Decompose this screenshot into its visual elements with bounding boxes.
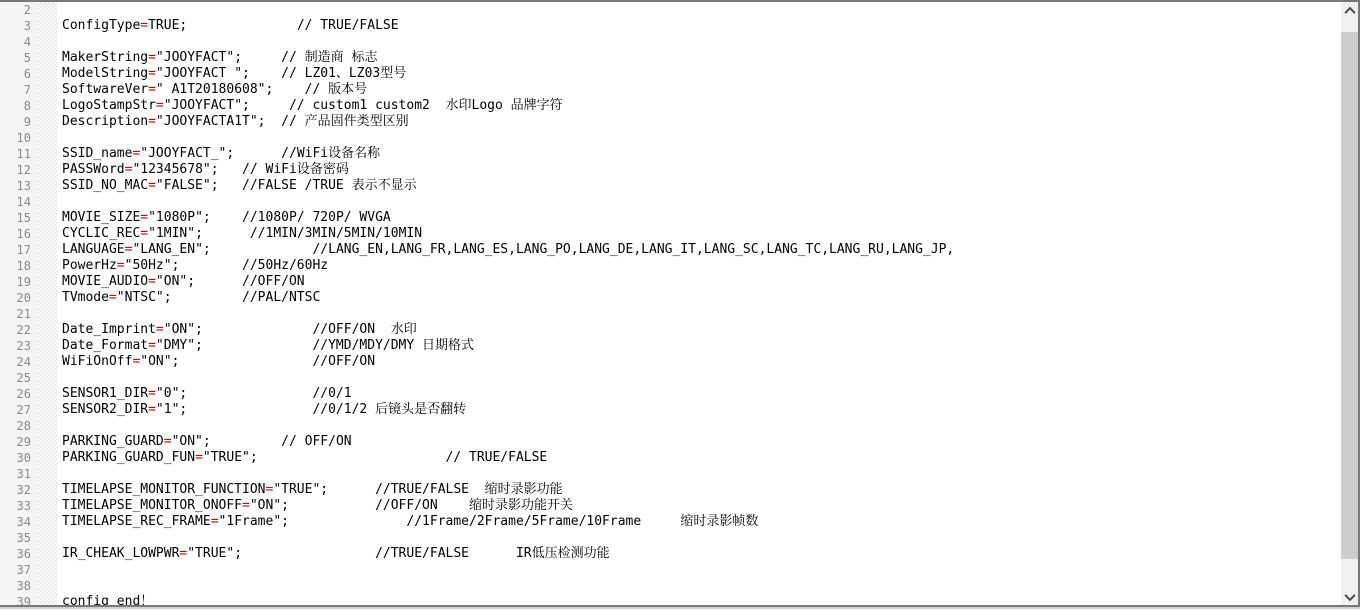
code-line <box>62 306 1341 322</box>
code-line: SENSOR1_DIR="0"; //0/1 <box>62 386 1341 402</box>
code-line: TIMELAPSE_MONITOR_ONOFF="ON"; //OFF/ON 缩… <box>62 498 1341 514</box>
code-line <box>62 34 1341 50</box>
line-number: 39 <box>0 594 31 605</box>
code-text: TIMELAPSE_MONITOR_FUNCTION <box>62 482 266 497</box>
code-text: IR_CHEAK_LOWPWR <box>62 546 179 561</box>
line-number: 18 <box>0 258 31 274</box>
code-text: "JOOYFACT"; // custom1 custom2 水印Logo 品牌… <box>164 98 563 113</box>
line-number: 3 <box>0 18 31 34</box>
code-text: "1"; //0/1/2 后镜头是否翻转 <box>156 402 466 417</box>
code-text: "ON"; //OFF/ON <box>140 354 375 369</box>
code-text: PARKING_GUARD <box>62 434 164 449</box>
operator-token: = <box>242 498 250 513</box>
code-line: TIMELAPSE_REC_FRAME="1Frame"; //1Frame/2… <box>62 514 1341 530</box>
code-text: PARKING_GUARD_FUN <box>62 450 195 465</box>
code-line <box>62 578 1341 594</box>
code-text: MOVIE_SIZE <box>62 210 140 225</box>
code-line: SENSOR2_DIR="1"; //0/1/2 后镜头是否翻转 <box>62 402 1341 418</box>
line-number: 12 <box>0 162 31 178</box>
line-number: 33 <box>0 498 31 514</box>
code-line <box>62 370 1341 386</box>
code-text: "DMY"; //YMD/MDY/DMY 日期格式 <box>156 338 474 353</box>
code-line <box>62 194 1341 210</box>
operator-token: = <box>148 82 156 97</box>
code-text: Date_Format <box>62 338 148 353</box>
code-text: "TRUE"; // TRUE/FALSE <box>203 450 547 465</box>
line-number: 15 <box>0 210 31 226</box>
line-number: 17 <box>0 242 31 258</box>
line-number: 4 <box>0 34 31 50</box>
code-line: ModelString="JOOYFACT "; // LZ01、LZ03型号 <box>62 66 1341 82</box>
code-line <box>62 418 1341 434</box>
operator-token: = <box>109 290 117 305</box>
code-text: ModelString <box>62 66 148 81</box>
line-number: 8 <box>0 98 31 114</box>
code-line: IR_CHEAK_LOWPWR="TRUE"; //TRUE/FALSE IR低… <box>62 546 1341 562</box>
code-text: "1080P"; //1080P/ 720P/ WVGA <box>148 210 391 225</box>
line-number: 10 <box>0 130 31 146</box>
code-line <box>62 562 1341 578</box>
code-line: WiFiOnOff="ON"; //OFF/ON <box>62 354 1341 370</box>
operator-token: = <box>140 226 148 241</box>
code-text: "ON"; // OFF/ON <box>172 434 352 449</box>
code-line: SSID_NO_MAC="FALSE"; //FALSE /TRUE 表示不显示 <box>62 178 1341 194</box>
line-number: 37 <box>0 562 31 578</box>
code-line: PARKING_GUARD_FUN="TRUE"; // TRUE/FALSE <box>62 450 1341 466</box>
code-line <box>62 2 1341 18</box>
line-number: 35 <box>0 530 31 546</box>
code-text: SSID_NO_MAC <box>62 178 148 193</box>
operator-token: = <box>140 18 148 33</box>
code-line: PowerHz="50Hz"; //50Hz/60Hz <box>62 258 1341 274</box>
line-number: 11 <box>0 146 31 162</box>
code-line: LogoStampStr="JOOYFACT"; // custom1 cust… <box>62 98 1341 114</box>
line-number: 20 <box>0 290 31 306</box>
code-line <box>62 466 1341 482</box>
code-line: PARKING_GUARD="ON"; // OFF/ON <box>62 434 1341 450</box>
code-text: Date_Imprint <box>62 322 156 337</box>
operator-token: = <box>211 514 219 529</box>
code-line: ConfigType=TRUE; // TRUE/FALSE <box>62 18 1341 34</box>
code-line: CYCLIC_REC="1MIN"; //1MIN/3MIN/5MIN/10MI… <box>62 226 1341 242</box>
line-number: 23 <box>0 338 31 354</box>
code-text: SENSOR2_DIR <box>62 402 148 417</box>
code-line: TVmode="NTSC"; //PAL/NTSC <box>62 290 1341 306</box>
code-text: SSID_name <box>62 146 132 161</box>
code-line: MOVIE_SIZE="1080P"; //1080P/ 720P/ WVGA <box>62 210 1341 226</box>
code-text: "1Frame"; //1Frame/2Frame/5Frame/10Frame… <box>219 514 759 529</box>
code-text: "JOOYFACT"; // 制造商 标志 <box>156 50 378 65</box>
code-text: ConfigType <box>62 18 140 33</box>
code-text: "ON"; //OFF/ON 水印 <box>164 322 417 337</box>
operator-token: = <box>148 402 156 417</box>
code-text: PowerHz <box>62 258 117 273</box>
code-text: LANGUAGE <box>62 242 125 257</box>
code-text: "TRUE"; //TRUE/FALSE 缩时录影功能 <box>273 482 562 497</box>
window-right-border <box>1358 0 1360 607</box>
line-number: 26 <box>0 386 31 402</box>
line-number: 14 <box>0 194 31 210</box>
line-number: 27 <box>0 402 31 418</box>
code-text: "LANG_EN"; //LANG_EN,LANG_FR,LANG_ES,LAN… <box>132 242 954 257</box>
code-text: "FALSE"; //FALSE /TRUE 表示不显示 <box>156 178 417 193</box>
operator-token: = <box>156 98 164 113</box>
code-text: Description <box>62 114 148 129</box>
operator-token: = <box>148 386 156 401</box>
config-editor-viewport[interactable]: 2345678910111213141516171819202122232425… <box>0 2 1341 605</box>
code-text: PASSWord <box>62 162 125 177</box>
code-line: config end！ <box>62 594 1341 605</box>
code-text: TVmode <box>62 290 109 305</box>
code-line: Date_Format="DMY"; //YMD/MDY/DMY 日期格式 <box>62 338 1341 354</box>
scroll-down-button[interactable] <box>1341 588 1358 605</box>
code-text: TIMELAPSE_MONITOR_ONOFF <box>62 498 242 513</box>
line-number: 21 <box>0 306 31 322</box>
operator-token: = <box>148 178 156 193</box>
operator-token: = <box>148 66 156 81</box>
line-number: 24 <box>0 354 31 370</box>
line-number: 29 <box>0 434 31 450</box>
code-line: MOVIE_AUDIO="ON"; //OFF/ON <box>62 274 1341 290</box>
code-text: "ON"; //OFF/ON 缩时录影功能开关 <box>250 498 573 513</box>
line-number: 34 <box>0 514 31 530</box>
code-text: "JOOYFACT "; // LZ01、LZ03型号 <box>156 66 406 81</box>
code-line: SSID_name="JOOYFACT_"; //WiFi设备名称 <box>62 146 1341 162</box>
operator-token: = <box>140 210 148 225</box>
operator-token: = <box>148 274 156 289</box>
code-area[interactable]: ConfigType=TRUE; // TRUE/FALSEMakerStrin… <box>57 2 1341 605</box>
vertical-scrollbar[interactable] <box>1341 2 1358 605</box>
code-text: "JOOYFACTA1T"; // 产品固件类型区别 <box>156 114 409 129</box>
code-text: MakerString <box>62 50 148 65</box>
code-text: CYCLIC_REC <box>62 226 140 241</box>
code-line: LANGUAGE="LANG_EN"; //LANG_EN,LANG_FR,LA… <box>62 242 1341 258</box>
code-line: SoftwareVer=" A1T20180608"; // 版本号 <box>62 82 1341 98</box>
operator-token: = <box>148 338 156 353</box>
line-number: 19 <box>0 274 31 290</box>
operator-token: = <box>195 450 203 465</box>
line-number: 25 <box>0 370 31 386</box>
code-text: " A1T20180608"; // 版本号 <box>156 82 367 97</box>
line-number: 31 <box>0 466 31 482</box>
code-text: config end！ <box>62 594 153 605</box>
code-line <box>62 130 1341 146</box>
operator-token: = <box>156 322 164 337</box>
operator-token: = <box>164 434 172 449</box>
scroll-up-button[interactable] <box>1341 2 1358 19</box>
line-number: 28 <box>0 418 31 434</box>
code-text: LogoStampStr <box>62 98 156 113</box>
line-number: 16 <box>0 226 31 242</box>
line-number: 36 <box>0 546 31 562</box>
code-text: "JOOYFACT_"; //WiFi设备名称 <box>140 146 380 161</box>
operator-token: = <box>117 258 125 273</box>
selection-margin <box>38 2 57 605</box>
window-bottom-shadow <box>0 607 1360 609</box>
code-text: "ON"; //OFF/ON <box>156 274 305 289</box>
code-line: MakerString="JOOYFACT"; // 制造商 标志 <box>62 50 1341 66</box>
chevron-up-icon <box>1344 6 1355 17</box>
line-number: 22 <box>0 322 31 338</box>
code-text: "50Hz"; //50Hz/60Hz <box>125 258 329 273</box>
code-text: "12345678"; // WiFi设备密码 <box>132 162 348 177</box>
code-text: "NTSC"; //PAL/NTSC <box>117 290 321 305</box>
code-text: MOVIE_AUDIO <box>62 274 148 289</box>
code-line: Date_Imprint="ON"; //OFF/ON 水印 <box>62 322 1341 338</box>
operator-token: = <box>148 114 156 129</box>
code-text: TIMELAPSE_REC_FRAME <box>62 514 211 529</box>
line-number: 38 <box>0 578 31 594</box>
line-number: 7 <box>0 82 31 98</box>
code-line: PASSWord="12345678"; // WiFi设备密码 <box>62 162 1341 178</box>
line-number: 5 <box>0 50 31 66</box>
code-line <box>62 530 1341 546</box>
code-text: SoftwareVer <box>62 82 148 97</box>
code-text: "0"; //0/1 <box>156 386 352 401</box>
scrollbar-thumb[interactable] <box>1341 32 1358 559</box>
line-number-gutter: 2345678910111213141516171819202122232425… <box>0 2 38 605</box>
operator-token: = <box>148 50 156 65</box>
code-text: TRUE; // TRUE/FALSE <box>148 18 398 33</box>
chevron-down-icon <box>1344 589 1355 600</box>
line-number: 2 <box>0 2 31 18</box>
line-number: 32 <box>0 482 31 498</box>
code-text: WiFiOnOff <box>62 354 132 369</box>
line-number: 13 <box>0 178 31 194</box>
line-number: 30 <box>0 450 31 466</box>
line-number: 6 <box>0 66 31 82</box>
line-number: 9 <box>0 114 31 130</box>
code-line: Description="JOOYFACTA1T"; // 产品固件类型区别 <box>62 114 1341 130</box>
code-text: "TRUE"; //TRUE/FALSE IR低压检测功能 <box>187 546 609 561</box>
code-text: SENSOR1_DIR <box>62 386 148 401</box>
code-text: "1MIN"; //1MIN/3MIN/5MIN/10MIN <box>148 226 422 241</box>
code-line: TIMELAPSE_MONITOR_FUNCTION="TRUE"; //TRU… <box>62 482 1341 498</box>
